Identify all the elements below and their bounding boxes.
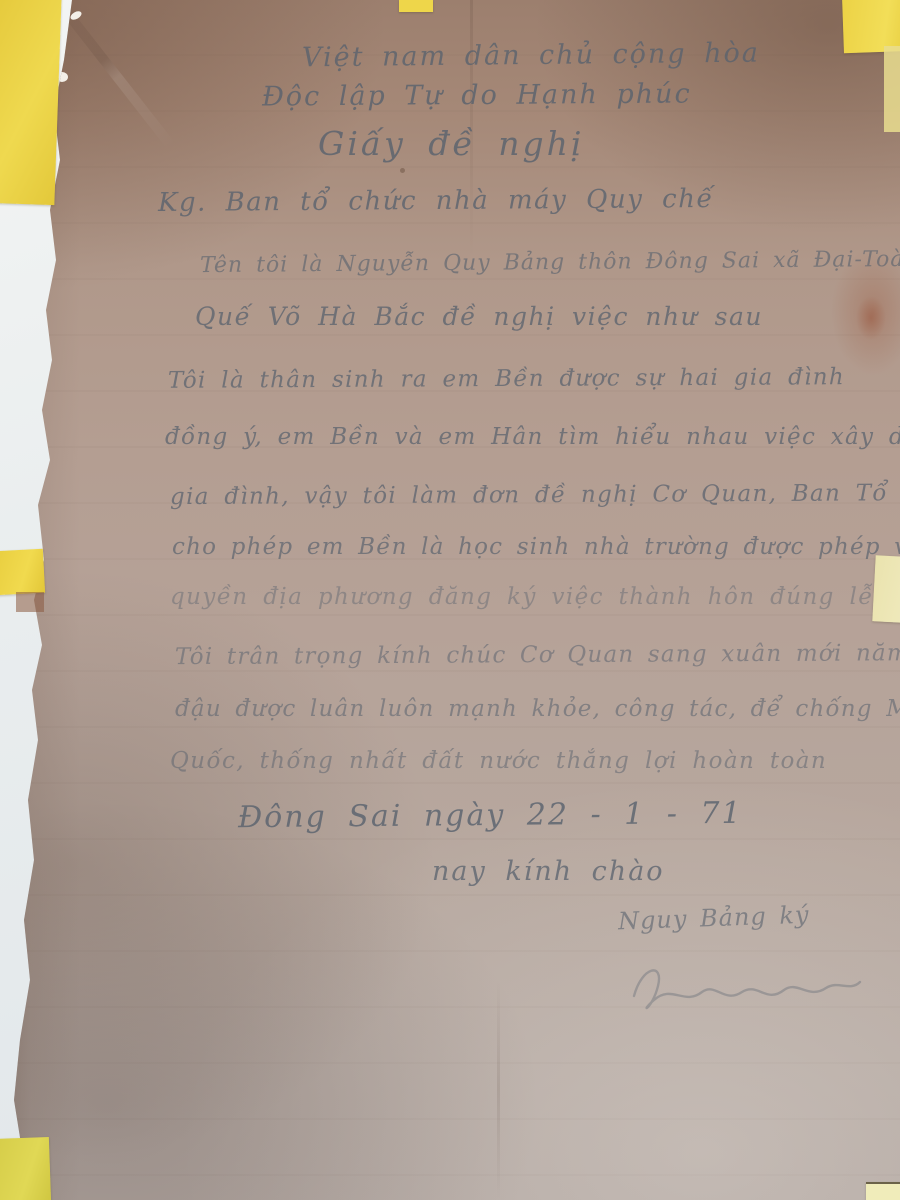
body-line: quyền địa phương đăng ký việc thành hôn … xyxy=(170,584,874,610)
paper-crease xyxy=(497,980,500,1200)
tape-middle-right xyxy=(872,555,900,622)
tape-top-center xyxy=(399,0,433,12)
body-line: Quốc, thống nhất đất nước thắng lợi hoàn… xyxy=(170,748,827,774)
date-line: Đông Sai ngày 22 - 1 - 71 xyxy=(238,796,743,835)
body-line: gia đình, vậy tôi làm đơn đề nghị Cơ Qua… xyxy=(170,480,900,510)
tape-top-left xyxy=(0,0,62,205)
tape-residue-left xyxy=(16,592,44,612)
body-line: Tôi là thân sinh ra em Bền được sự hai g… xyxy=(168,364,845,394)
rust-stain xyxy=(856,296,886,340)
freedom-motto-line: Độc lập Tự do Hạnh phúc xyxy=(262,79,692,113)
document-title: Giấy đề nghị xyxy=(318,124,584,163)
body-line: đậu được luân luôn mạnh khỏe, công tác, … xyxy=(175,696,900,722)
body-line: cho phép em Bền là học sinh nhà trường đ… xyxy=(172,534,900,560)
recipient-line: Kg. Ban tổ chức nhà máy Quy chế xyxy=(158,184,714,218)
signature-scrawl xyxy=(620,948,870,1028)
tape-middle-left xyxy=(0,549,45,596)
national-motto-line: Việt nam dân chủ cộng hòa xyxy=(302,38,760,74)
tape-top-right-edge xyxy=(884,46,900,132)
paper-spot xyxy=(400,168,405,173)
photo-of-letter: Việt nam dân chủ cộng hòa Độc lập Tự do … xyxy=(0,0,900,1200)
closing-line: nay kính chào xyxy=(432,856,665,887)
body-line: Tôi trân trọng kính chúc Cơ Quan sang xu… xyxy=(175,640,900,670)
sender-address-line: Quế Võ Hà Bắc đề nghị việc như sau xyxy=(195,302,763,331)
body-line: đồng ý, em Bền và em Hân tìm hiểu nhau v… xyxy=(165,424,900,450)
tape-bottom-left xyxy=(0,1137,51,1200)
tape-bottom-right xyxy=(866,1182,900,1200)
